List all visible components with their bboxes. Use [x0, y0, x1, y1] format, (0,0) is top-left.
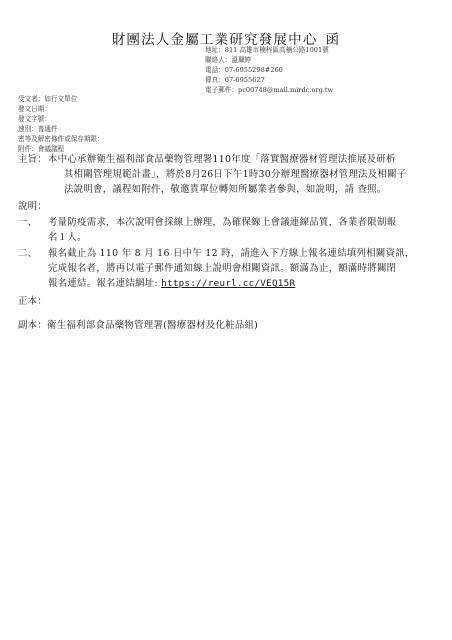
fax: 傳真：07-6955627: [205, 75, 333, 85]
item-line: 報名截止為 110 年 8 月 16 日中午 12 時，請進入下方線上報名連結填…: [48, 246, 443, 261]
registration-link[interactable]: https://reurl.cc/VEQ15R: [161, 278, 295, 289]
phone: 電話：07-6955298#260: [205, 65, 333, 75]
item-line: 報名連結。報名連結網址:: [48, 278, 161, 289]
subject-line: 其相關管理規範計畫」，將於8月26日下午1時30分辦理醫療器材管理法及相關子: [48, 167, 443, 182]
subject-line: 法說明會，議程如附件，敬邀貴單位轉知所屬業者參與，如說明，請 查照。: [48, 182, 443, 197]
original-label: 正本：: [18, 296, 47, 307]
explanation-label: 說明：: [18, 199, 47, 214]
item-line: 完成報名者，將再以電子郵件通知線上說明會相關資訊。額滿為止，額滿時將關閉: [48, 261, 443, 276]
item-text: 報名截止為 110 年 8 月 16 日中午 12 時，請進入下方線上報名連結填…: [48, 246, 443, 291]
item-line: 考量防疫需求，本次說明會採線上辦理，為確保線上會議連線品質，各業者限制報: [48, 215, 443, 230]
official-letter-page: 財團法人金屬工業研究發展中心函 地址：811 高雄市楠梓區高楠公路1001號 聯…: [0, 0, 452, 640]
email-label: 電子郵件：: [205, 86, 238, 94]
security-level: 密等及解密條件或保存期限：: [18, 134, 104, 144]
email-address[interactable]: pc00748@mail.mirdc.org.tw: [238, 86, 333, 94]
subject-line: 本中心承辦衛生福利部食品藥物管理署110年度「落實醫療器材管理法推展及研析: [48, 152, 443, 167]
copy-recipient: 副本：衛生福利部食品藥物管理署(醫療器材及化粧品組): [18, 318, 258, 333]
item-text: 考量防疫需求，本次說明會採線上辦理，為確保線上會議連線品質，各業者限制報 名１人…: [48, 215, 443, 245]
copy-label: 副本：: [18, 320, 47, 331]
subject-label: 主旨：: [18, 152, 47, 167]
recipient: 受文者：如行文單位: [18, 94, 104, 104]
item-number: 二、: [18, 246, 37, 261]
address: 地址：811 高雄市楠梓區高楠公路1001號: [205, 45, 333, 55]
contact-person: 聯絡人：溫珮婷: [205, 55, 333, 65]
original-recipient: 正本：: [18, 294, 47, 309]
item-line: 名１人。: [48, 230, 443, 245]
doc-number: 發文字號：: [18, 114, 104, 124]
copy-value: 衛生福利部食品藥物管理署(醫療器材及化粧品組): [47, 320, 258, 331]
subject-content: 本中心承辦衛生福利部食品藥物管理署110年度「落實醫療器材管理法推展及研析 其相…: [48, 152, 443, 197]
item-line-with-link: 報名連結。報名連結網址: https://reurl.cc/VEQ15R: [48, 276, 443, 291]
email-row: 電子郵件：pc00748@mail.mirdc.org.tw: [205, 85, 333, 95]
contact-block: 地址：811 高雄市楠梓區高楠公路1001號 聯絡人：溫珮婷 電話：07-695…: [205, 45, 333, 95]
document-meta: 受文者：如行文單位 發文日期： 發文字號： 速別：普通件 密等及解密條件或保存期…: [18, 94, 104, 154]
item-number: 一、: [18, 215, 37, 230]
delivery-speed: 速別：普通件: [18, 124, 104, 134]
issue-date: 發文日期：: [18, 104, 104, 114]
